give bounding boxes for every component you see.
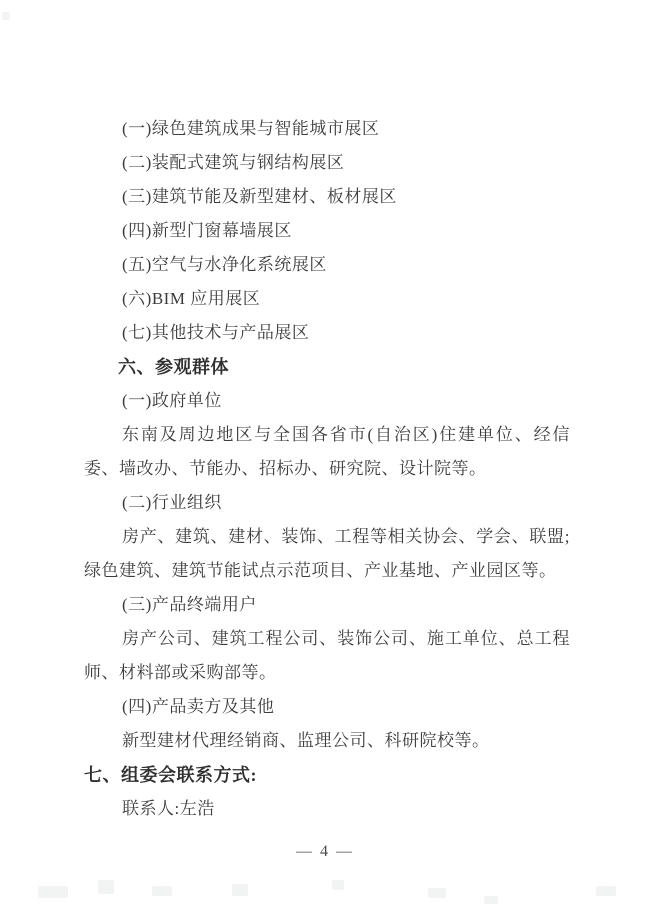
visitor-group-1-heading: (一)政府单位: [84, 384, 570, 418]
exhibition-zone-item-3: (三)建筑节能及新型建材、板材展区: [84, 180, 570, 214]
exhibition-zone-item-5: (五)空气与水净化系统展区: [84, 248, 570, 282]
visitor-group-3-line-1: 房产公司、建筑工程公司、装饰公司、施工单位、总工程: [84, 622, 570, 656]
visitor-group-4-heading: (四)产品卖方及其他: [84, 690, 570, 724]
visitor-group-3-heading: (三)产品终端用户: [84, 588, 570, 622]
exhibition-zone-item-4: (四)新型门窗幕墙展区: [84, 214, 570, 248]
scan-artifact: [232, 884, 248, 896]
scan-artifact: [2, 12, 10, 20]
scan-artifact: [152, 886, 172, 896]
document-body: (一)绿色建筑成果与智能城市展区 (二)装配式建筑与钢结构展区 (三)建筑节能及…: [84, 112, 570, 826]
exhibition-zone-item-7: (七)其他技术与产品展区: [84, 316, 570, 350]
visitor-group-2-line-2: 绿色建筑、建筑节能试点示范项目、产业基地、产业园区等。: [84, 554, 570, 588]
visitor-group-3-line-2: 师、材料部或采购部等。: [84, 656, 570, 690]
section-6-heading: 六、参观群体: [84, 350, 570, 384]
document-page: (一)绿色建筑成果与智能城市展区 (二)装配式建筑与钢结构展区 (三)建筑节能及…: [0, 0, 650, 919]
visitor-group-2-heading: (二)行业组织: [84, 486, 570, 520]
scan-artifact: [98, 880, 114, 894]
exhibition-zone-item-1: (一)绿色建筑成果与智能城市展区: [84, 112, 570, 146]
visitor-group-1-line-2: 委、墙改办、节能办、招标办、研究院、设计院等。: [84, 452, 570, 486]
scan-artifact: [428, 888, 446, 898]
contact-person-line: 联系人:左浩: [84, 792, 570, 826]
visitor-group-1-line-1: 东南及周边地区与全国各省市(自治区)住建单位、经信: [84, 418, 570, 452]
visitor-group-2-line-1: 房产、建筑、建材、装饰、工程等相关协会、学会、联盟;: [84, 520, 570, 554]
section-7-heading: 七、组委会联系方式:: [84, 758, 570, 792]
scan-artifact: [484, 896, 498, 904]
exhibition-zone-item-6: (六)BIM 应用展区: [84, 282, 570, 316]
scan-artifact: [332, 880, 344, 890]
page-number: — 4 —: [0, 837, 650, 867]
exhibition-zone-item-2: (二)装配式建筑与钢结构展区: [84, 146, 570, 180]
scan-artifact: [596, 886, 616, 896]
visitor-group-4-line-1: 新型建材代理经销商、监理公司、科研院校等。: [84, 724, 570, 758]
scan-artifact: [38, 886, 68, 898]
